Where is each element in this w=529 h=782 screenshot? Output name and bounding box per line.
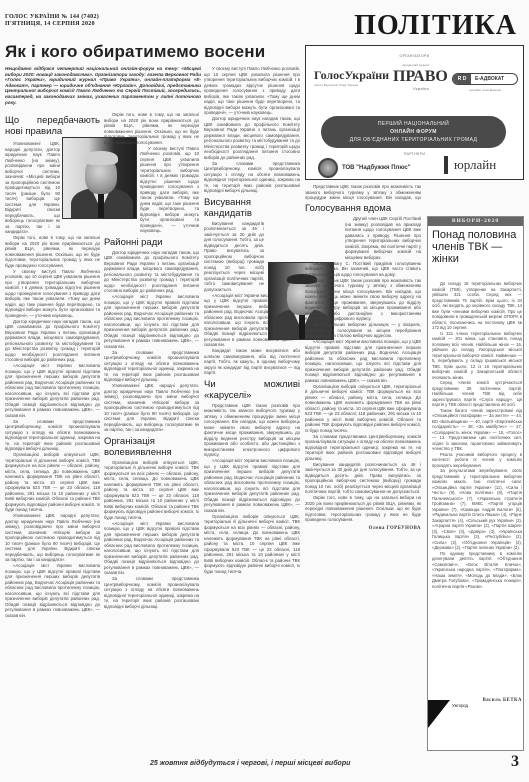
paragraph: Кандидат також може висуватися або шляхо…: [204, 348, 300, 376]
paragraph: Висування кандидатів розпочинається за 4…: [204, 221, 264, 293]
paragraph: Доктор юридичних наук нагадав також, що …: [204, 116, 300, 160]
paragraph: Серед членів комісії зустрічаються предс…: [432, 380, 522, 408]
paragraph: На спеціальних виборчих дільницях — у лі…: [305, 322, 421, 339]
paragraph: Доктор юридичних наук нагадав також, що …: [104, 250, 199, 294]
issue-number: ГОЛОС УКРАЇНИ № 144 (7402): [5, 14, 99, 21]
paragraph: Представник ЦВК також розповів про можли…: [305, 184, 421, 200]
paragraph: Організацією виборів опікуються ЦВК, тер…: [5, 452, 100, 513]
column-4: Представник ЦВК також розповів про можли…: [305, 184, 421, 752]
newspaper-page: ГОЛОС УКРАЇНИ № 144 (7402) П'ЯТНИЦЯ, 14 …: [0, 0, 529, 782]
paragraph: У своєму виступі Павло Любченко розповів…: [140, 146, 199, 234]
partner-nadbuzhzhia: ТОВ "Надбужжя Плюс": [342, 165, 411, 171]
paragraph: Другий член ЦВК Сергій Постівий (на знім…: [345, 216, 421, 260]
rd-badge: R D: [453, 74, 471, 84]
section-title: ПОЛІТИКА: [354, 10, 517, 42]
paragraph: «Асоціація міст України висловила позиці…: [104, 521, 199, 576]
subhead-new-rules: Що передбачають нові правила: [5, 115, 100, 137]
subhead-carousels: Чи можливі «каруселі»: [204, 379, 300, 401]
forum-banner: ПЕРШИЙ НАЦІОНАЛЬНИЙ ОНЛАЙН ФОРУМ ДЛЯ ОБ'…: [321, 116, 506, 148]
footer-tagline: 25 жовтня відбудуться і чергові, і перші…: [150, 760, 350, 767]
paragraph: За словами представника Центрвиборчкому,…: [5, 419, 100, 452]
logo-pravo-top: юридичний журнал: [391, 64, 441, 67]
paragraph: У своєму виступі Павло Любченко розповів…: [204, 66, 300, 116]
organizers-label: ОРГАНІЗАТОРИ: [306, 54, 523, 58]
paragraph: Із 321 члена територіальних виборчих ком…: [432, 331, 522, 381]
paragraph: Організацією виборів опікуються ЦВК, тер…: [305, 384, 421, 434]
paragraph: Уповноважені ЦВК, народні депутати, докт…: [104, 383, 199, 433]
logo-pravo-sub: України: [401, 86, 441, 91]
page-corner-fold-icon: [428, 700, 450, 728]
paragraph: Уповноважені ЦВК, народні депутати, докт…: [5, 141, 60, 235]
paragraph: За словами представника Центрвиборчкому,…: [104, 576, 199, 609]
paragraph: За словами представника Центрвиборчкому,…: [305, 434, 421, 462]
paragraph: Решта учасників виборчого процесу в конт…: [432, 452, 522, 469]
sidebar-body: До складу 18 територіальних виборчих ком…: [432, 281, 522, 691]
logo-golos-ukrainy-sub: газета Верховної Ради України: [314, 84, 379, 87]
paragraph: Окрему увагу С. Постівий приділив голосу…: [305, 261, 421, 278]
article-lead: Нещодавно відбувся четвертий національни…: [5, 66, 201, 105]
paragraph: «Асоціація міст України висловила позиці…: [5, 363, 100, 418]
paragraph: За результатами жеребкування, своїх пред…: [432, 468, 522, 551]
paragraph: «Асоціація міст України висловила позиці…: [104, 294, 199, 349]
logo-e-advokat: R D E-АДВОКАТ: [452, 73, 518, 85]
issue-date: П'ЯТНИЦЯ, 14 СЕРПНЯ 2020: [5, 21, 99, 28]
paragraph: Доктор юридичних наук нагадав також, що …: [5, 319, 100, 363]
logo-pravo: ПРАВО: [393, 68, 448, 86]
paragraph: Уповноважені ЦВК, народні депутати, докт…: [5, 513, 100, 563]
sidebar-title: Понад половина членів ТВК — жінки: [432, 229, 522, 265]
logo-e-advokat-sub: онлайн платформа: [454, 88, 516, 92]
masthead-issue-info: ГОЛОС УКРАЇНИ № 144 (7402) П'ЯТНИЦЯ, 14 …: [5, 14, 99, 28]
article-byline: Олена ГОРБУНОВА: [305, 526, 421, 532]
paragraph: Представник ЦВК також розповів про можли…: [305, 278, 421, 322]
subhead-organization: Організація волевиявлення: [104, 436, 199, 458]
logo-golos-ukrainy: ГолосУкраїни: [314, 68, 389, 83]
forum-line-3: ДЛЯ ОБ'ЄДНАНИХ ТЕРИТОРІАЛЬНИХ ГРОМАД: [321, 136, 506, 144]
subhead-nomination: Висування кандидатів: [204, 197, 300, 219]
subhead-district-councils: Районні ради: [104, 237, 199, 248]
partners-label: ПАРТНЕРИ: [306, 152, 523, 156]
paragraph: Окрім того, нове в тому, що на загальні …: [104, 112, 199, 145]
forum-advertisement: ОРГАНІЗАТОРИ ГолосУкраїни газета Верховн…: [305, 45, 524, 180]
paragraph: За словами представника Центрвиборчкому,…: [104, 350, 199, 383]
yurlain-logo-icon: [444, 156, 448, 174]
column-3: У своєму виступі Павло Любченко розповів…: [204, 66, 300, 752]
paragraph: Також багато членів зареєстровані від «О…: [432, 408, 522, 452]
paragraph: Організацією виборів опікуються ЦВК, тер…: [204, 514, 300, 575]
paragraph: «Асоціація міст України висловила позиці…: [204, 458, 300, 513]
paragraph: До складу 18 територіальних виборчих ком…: [432, 281, 522, 331]
paragraph: По одному представнику в комісіях делегу…: [432, 551, 522, 590]
paragraph: Висування кандидатів розпочинається за 4…: [305, 462, 421, 495]
forum-line-2: ОНЛАЙН ФОРУМ: [321, 128, 506, 136]
page-number: 3: [511, 753, 519, 771]
forum-line-1: ПЕРШИЙ НАЦІОНАЛЬНИЙ: [321, 120, 506, 128]
paragraph: Організацією виборів опікуються ЦВК, тер…: [104, 460, 199, 521]
paragraph: У своєму виступі Павло Любченко розповів…: [5, 269, 100, 319]
paragraph: Представник ЦВК також розповів про можли…: [204, 403, 300, 458]
paragraph: За словами представника Центрвиборчкому,…: [204, 161, 300, 194]
elections-2020-sidebar: ВИБОРИ-2020 Понад половина членів ТВК — …: [427, 216, 524, 751]
column-2: Окрім того, нове в тому, що на загальні …: [104, 112, 199, 752]
subhead-voting-at-home: Голосування вдома: [305, 203, 421, 214]
sidebar-tag: ВИБОРИ-2020: [428, 217, 523, 226]
nadbuzhzhia-emblem-icon: [318, 158, 338, 178]
paragraph: Окрім того, нове в тому, що на загальні …: [305, 495, 421, 523]
e-advokat-text: E-АДВОКАТ: [475, 74, 504, 84]
article-headline: Як і кого обиратимемо восени: [5, 42, 265, 62]
paragraph: «Асоціація міст України висловила позиці…: [305, 339, 421, 383]
partner-yurlain: юрлайн: [454, 157, 496, 173]
sidebar-place: Ужгород: [452, 703, 522, 708]
paragraph: «Асоціація міст України висловила позиці…: [5, 563, 100, 618]
paragraph: Окрім того, нове в тому, що на загальні …: [5, 235, 100, 268]
